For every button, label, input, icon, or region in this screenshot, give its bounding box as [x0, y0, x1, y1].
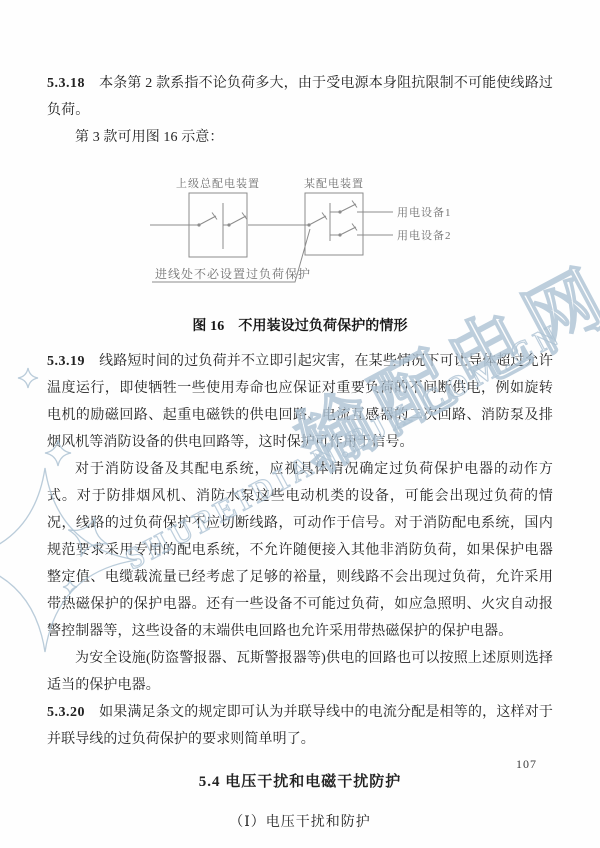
- device-label-1: 用电设备1: [397, 205, 452, 219]
- clause-5-3-18: 5.3.18本条第 2 款系指不论负荷多大，由于受电源本身阻抗限制不可能使线路过…: [47, 70, 553, 124]
- breaker-switch-icon: [197, 213, 217, 227]
- figure-note-label: 进线处不必设置过负荷保护: [155, 266, 311, 281]
- clause-text: 如果满足条文的规定即可认为并联导线中的电流分配是相等的，这样对于并联导线的过负荷…: [47, 705, 553, 747]
- figure-16-diagram: 上级总配电装置 某配电装置: [47, 165, 553, 291]
- figure-caption: 图 16 不用装设过负荷保护的情形: [47, 313, 553, 340]
- clause-text: 线路短时间的过负荷并不立即引起灾害，在某些情况下可让导体超过允许温度运行，即使牺…: [47, 354, 553, 450]
- device-label-2: 用电设备2: [397, 228, 452, 242]
- section-heading-5-4: 5.4 电压干扰和电磁干扰防护: [47, 769, 553, 796]
- clause-5-3-18-continued: 第 3 款可用图 16 示意：: [47, 124, 553, 151]
- sub-box-label: 某配电装置: [304, 176, 364, 190]
- breaker-switch-icon: [338, 224, 357, 237]
- clause-5-3-19-para-3: 为安全设施(防盗警报器、瓦斯警报器等)供电的回路也可以按照上述原则选择适当的保护…: [47, 645, 553, 699]
- figure-16: 上级总配电装置 某配电装置: [47, 165, 553, 291]
- clause-text: 本条第 2 款系指不论负荷多大，由于受电源本身阻抗限制不可能使线路过负荷。: [47, 76, 553, 118]
- sub-distribution-box: [305, 193, 363, 255]
- clause-number: 5.3.20: [47, 705, 85, 720]
- breaker-switch-icon: [338, 201, 357, 214]
- subsection-heading-I: （Ⅰ）电压干扰和防护: [47, 809, 553, 836]
- clause-number: 5.3.19: [47, 354, 85, 369]
- clause-number: 5.3.18: [47, 76, 85, 91]
- breaker-switch-icon: [227, 213, 247, 227]
- clause-5-3-19-para-2: 对于消防设备及其配电系统，应视具体情况确定过负荷保护电器的动作方式。对于防排烟风…: [47, 456, 553, 645]
- breaker-switch-icon: [307, 213, 327, 227]
- upper-box-label: 上级总配电装置: [176, 176, 260, 190]
- document-page: 5.3.18本条第 2 款系指不论负荷多大，由于受电源本身阻抗限制不可能使线路过…: [0, 0, 600, 848]
- clause-5-3-20: 5.3.20如果满足条文的规定即可认为并联导线中的电流分配是相等的，这样对于并联…: [47, 699, 553, 753]
- clause-5-3-19: 5.3.19线路短时间的过负荷并不立即引起灾害，在某些情况下可让导体超过允许温度…: [47, 348, 553, 456]
- document-body: 5.3.18本条第 2 款系指不论负荷多大，由于受电源本身阻抗限制不可能使线路过…: [0, 0, 600, 836]
- page-number: 107: [516, 757, 537, 772]
